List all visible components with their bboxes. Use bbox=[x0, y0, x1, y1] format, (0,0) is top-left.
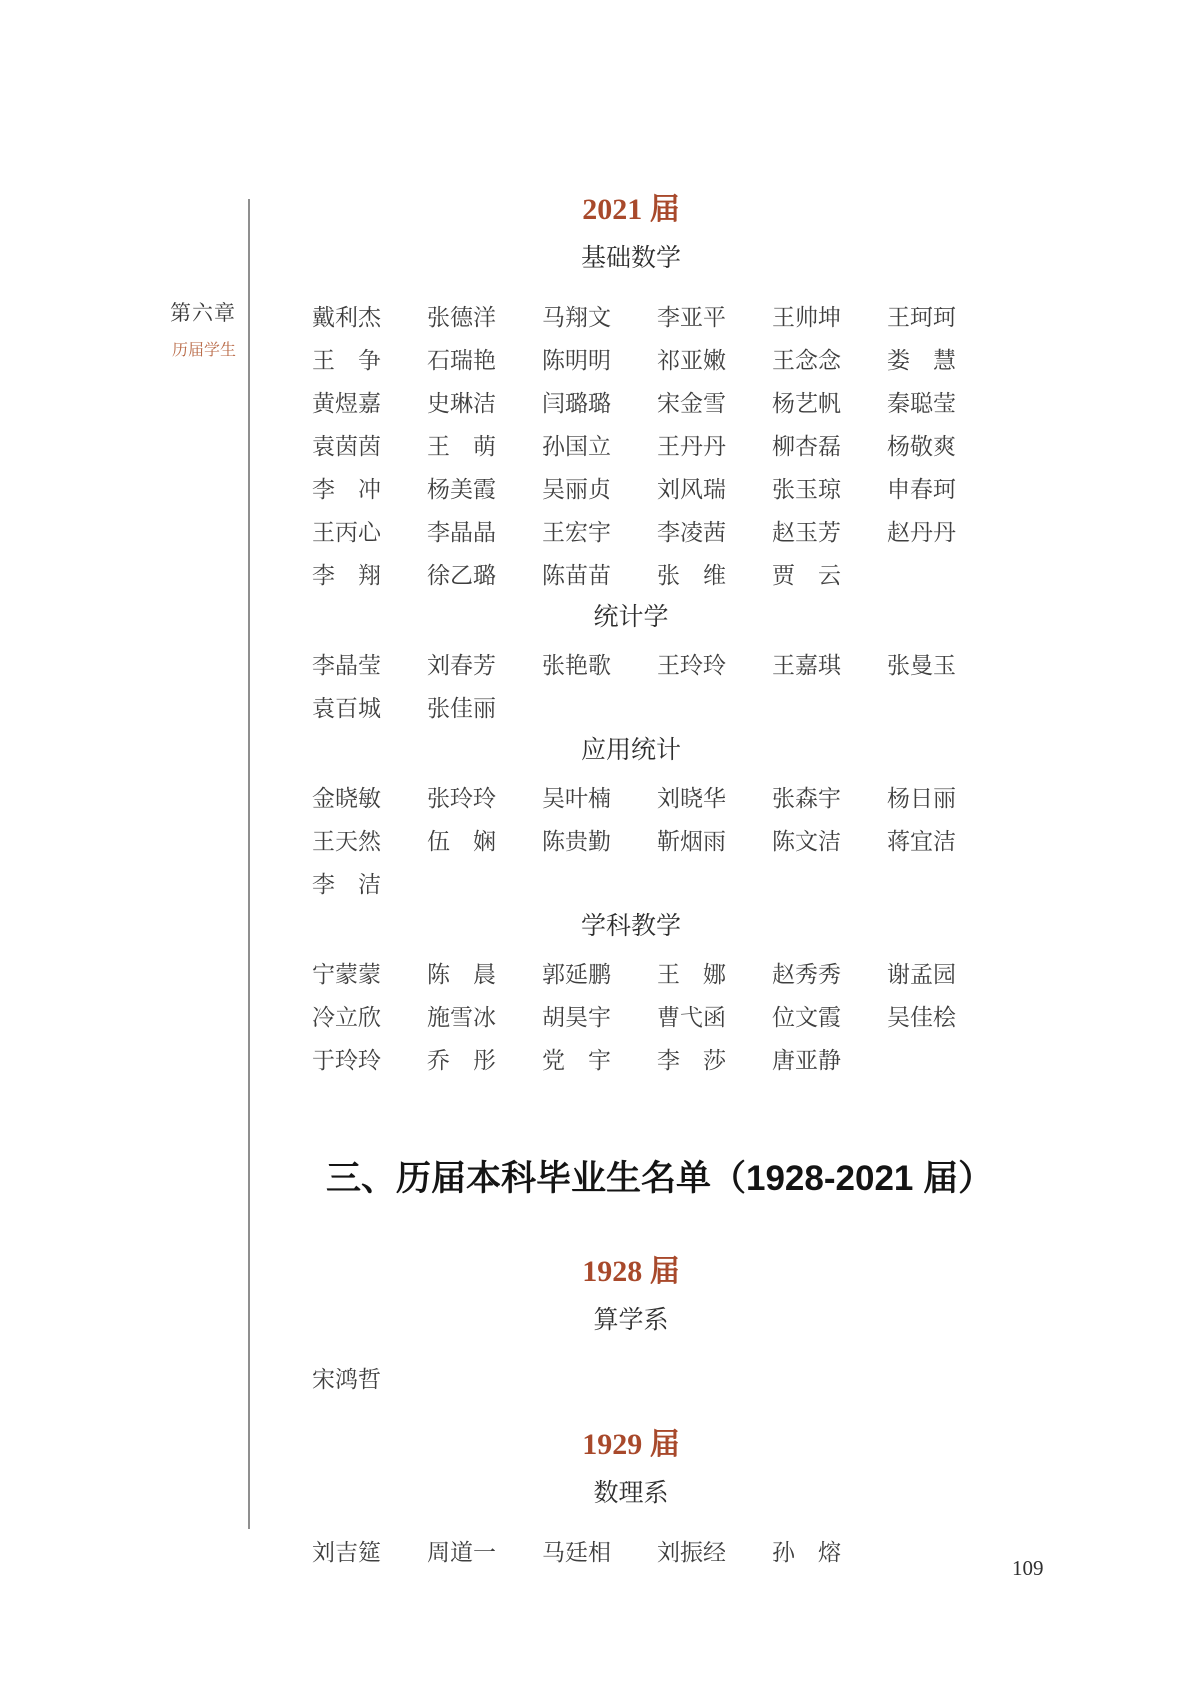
graduate-name: 张森宇 bbox=[772, 777, 841, 820]
undergrad-section-title: 三、历届本科毕业生名单（1928-2021 届） bbox=[326, 1154, 964, 1204]
department-group: 算学系宋鸿哲 bbox=[312, 1304, 950, 1401]
name-rows: 金晓敏张玲玲吴叶楠刘晓华张森宇杨日丽王天然伍 娴陈贵勤靳烟雨陈文洁蒋宜洁李 洁 bbox=[312, 777, 950, 906]
graduate-name: 吴丽贞 bbox=[542, 468, 611, 511]
graduate-name: 李 冲 bbox=[312, 468, 381, 511]
name-row: 黄煜嘉史琳洁闫璐璐宋金雪杨艺帆秦聪莹 bbox=[312, 382, 950, 425]
graduate-name: 史琳洁 bbox=[427, 382, 496, 425]
graduate-name: 徐乙璐 bbox=[427, 554, 496, 597]
year-heading: 1928 届 bbox=[312, 1252, 950, 1292]
graduate-name: 王 争 bbox=[312, 339, 381, 382]
graduate-name: 王念念 bbox=[772, 339, 841, 382]
graduate-name: 周道一 bbox=[427, 1531, 496, 1574]
graduate-name: 陈 晨 bbox=[427, 953, 496, 996]
graduate-name: 吴佳桧 bbox=[887, 996, 956, 1039]
graduate-name: 胡昊宇 bbox=[542, 996, 611, 1039]
graduate-name: 赵丹丹 bbox=[887, 511, 956, 554]
graduate-name: 杨美霞 bbox=[427, 468, 496, 511]
graduate-name: 伍 娴 bbox=[427, 820, 496, 863]
graduate-name: 李 洁 bbox=[312, 863, 381, 906]
graduate-name: 张 维 bbox=[657, 554, 726, 597]
name-row: 王天然伍 娴陈贵勤靳烟雨陈文洁蒋宜洁 bbox=[312, 820, 950, 863]
sidebar-chapter-label: 第六章 bbox=[130, 300, 236, 326]
name-row: 宋鸿哲 bbox=[312, 1358, 950, 1401]
graduate-name: 杨日丽 bbox=[887, 777, 956, 820]
graduate-name: 李亚平 bbox=[657, 296, 726, 339]
graduate-name: 陈苗苗 bbox=[542, 554, 611, 597]
graduate-name: 娄 慧 bbox=[887, 339, 956, 382]
program-heading: 统计学 bbox=[312, 601, 950, 635]
graduate-name: 李凌茜 bbox=[657, 511, 726, 554]
department-heading: 数理系 bbox=[312, 1477, 950, 1511]
name-row: 李 洁 bbox=[312, 863, 950, 906]
main-content: 2021 届基础数学戴利杰张德洋马翔文李亚平王帅坤王珂珂王 争石瑞艳陈明明祁亚嫩… bbox=[312, 0, 950, 1574]
name-row: 王丙心李晶晶王宏宇李凌茜赵玉芳赵丹丹 bbox=[312, 511, 950, 554]
graduate-name: 陈贵勤 bbox=[542, 820, 611, 863]
sidebar-chapter-subtitle: 历届学生 bbox=[130, 340, 236, 362]
masters-2021-section: 2021 届基础数学戴利杰张德洋马翔文李亚平王帅坤王珂珂王 争石瑞艳陈明明祁亚嫩… bbox=[312, 190, 950, 1082]
department-heading: 算学系 bbox=[312, 1304, 950, 1338]
graduate-name: 王 萌 bbox=[427, 425, 496, 468]
name-row: 宁蒙蒙陈 晨郭延鹏王 娜赵秀秀谢孟园 bbox=[312, 953, 950, 996]
graduate-name: 张曼玉 bbox=[887, 644, 956, 687]
year-block: 1928 届算学系宋鸿哲 bbox=[312, 1252, 950, 1401]
graduate-name: 冷立欣 bbox=[312, 996, 381, 1039]
graduate-name: 唐亚静 bbox=[772, 1039, 841, 1082]
graduate-name: 李 莎 bbox=[657, 1039, 726, 1082]
graduate-name: 王帅坤 bbox=[772, 296, 841, 339]
graduate-name: 宁蒙蒙 bbox=[312, 953, 381, 996]
graduate-name: 张艳歌 bbox=[542, 644, 611, 687]
program-group: 基础数学戴利杰张德洋马翔文李亚平王帅坤王珂珂王 争石瑞艳陈明明祁亚嫩王念念娄 慧… bbox=[312, 242, 950, 597]
graduate-name: 刘晓华 bbox=[657, 777, 726, 820]
graduate-name: 贾 云 bbox=[772, 554, 841, 597]
graduate-name: 陈文洁 bbox=[772, 820, 841, 863]
program-heading: 基础数学 bbox=[312, 242, 950, 276]
name-row: 王 争石瑞艳陈明明祁亚嫩王念念娄 慧 bbox=[312, 339, 950, 382]
name-row: 金晓敏张玲玲吴叶楠刘晓华张森宇杨日丽 bbox=[312, 777, 950, 820]
graduate-name: 赵玉芳 bbox=[772, 511, 841, 554]
name-row: 袁茵茵王 萌孙国立王丹丹柳杏磊杨敬爽 bbox=[312, 425, 950, 468]
program-group: 统计学李晶莹刘春芳张艳歌王玲玲王嘉琪张曼玉袁百城张佳丽 bbox=[312, 601, 950, 730]
graduate-name: 张佳丽 bbox=[427, 687, 496, 730]
graduate-name: 袁茵茵 bbox=[312, 425, 381, 468]
name-rows: 宋鸿哲 bbox=[312, 1358, 950, 1401]
graduate-name: 王宏宇 bbox=[542, 511, 611, 554]
graduate-name: 戴利杰 bbox=[312, 296, 381, 339]
graduate-name: 乔 彤 bbox=[427, 1039, 496, 1082]
graduate-name: 陈明明 bbox=[542, 339, 611, 382]
graduate-name: 申春珂 bbox=[887, 468, 956, 511]
graduate-name: 王丙心 bbox=[312, 511, 381, 554]
name-rows: 宁蒙蒙陈 晨郭延鹏王 娜赵秀秀谢孟园冷立欣施雪冰胡昊宇曹弋函位文霞吴佳桧于玲玲乔… bbox=[312, 953, 950, 1082]
graduate-name: 吴叶楠 bbox=[542, 777, 611, 820]
graduate-name: 刘风瑞 bbox=[657, 468, 726, 511]
name-row: 冷立欣施雪冰胡昊宇曹弋函位文霞吴佳桧 bbox=[312, 996, 950, 1039]
graduate-name: 李晶晶 bbox=[427, 511, 496, 554]
name-row: 刘吉筵周道一马廷相刘振经孙 熔 bbox=[312, 1531, 950, 1574]
graduate-name: 闫璐璐 bbox=[542, 382, 611, 425]
program-group: 应用统计金晓敏张玲玲吴叶楠刘晓华张森宇杨日丽王天然伍 娴陈贵勤靳烟雨陈文洁蒋宜洁… bbox=[312, 734, 950, 906]
graduate-name: 王嘉琪 bbox=[772, 644, 841, 687]
name-rows: 李晶莹刘春芳张艳歌王玲玲王嘉琪张曼玉袁百城张佳丽 bbox=[312, 644, 950, 730]
graduate-name: 张玲玲 bbox=[427, 777, 496, 820]
graduate-name: 柳杏磊 bbox=[772, 425, 841, 468]
graduate-name: 祁亚嫩 bbox=[657, 339, 726, 382]
graduate-name: 刘振经 bbox=[657, 1531, 726, 1574]
graduate-name: 王丹丹 bbox=[657, 425, 726, 468]
department-group: 数理系刘吉筵周道一马廷相刘振经孙 熔 bbox=[312, 1477, 950, 1574]
graduate-name: 郭延鹏 bbox=[542, 953, 611, 996]
graduate-name: 宋鸿哲 bbox=[312, 1358, 381, 1401]
graduate-name: 靳烟雨 bbox=[657, 820, 726, 863]
program-heading: 学科教学 bbox=[312, 910, 950, 944]
graduate-name: 刘吉筵 bbox=[312, 1531, 381, 1574]
graduate-name: 位文霞 bbox=[772, 996, 841, 1039]
graduate-name: 谢孟园 bbox=[887, 953, 956, 996]
name-row: 李 翔徐乙璐陈苗苗张 维贾 云 bbox=[312, 554, 950, 597]
program-group: 学科教学宁蒙蒙陈 晨郭延鹏王 娜赵秀秀谢孟园冷立欣施雪冰胡昊宇曹弋函位文霞吴佳桧… bbox=[312, 910, 950, 1082]
graduate-name: 李 翔 bbox=[312, 554, 381, 597]
year-heading: 1929 届 bbox=[312, 1425, 950, 1465]
graduate-name: 张玉琼 bbox=[772, 468, 841, 511]
graduate-name: 李晶莹 bbox=[312, 644, 381, 687]
name-row: 戴利杰张德洋马翔文李亚平王帅坤王珂珂 bbox=[312, 296, 950, 339]
graduate-name: 蒋宜洁 bbox=[887, 820, 956, 863]
graduate-name: 王 娜 bbox=[657, 953, 726, 996]
graduate-name: 王天然 bbox=[312, 820, 381, 863]
graduate-name: 金晓敏 bbox=[312, 777, 381, 820]
graduate-name: 马廷相 bbox=[542, 1531, 611, 1574]
year-block: 1929 届数理系刘吉筵周道一马廷相刘振经孙 熔 bbox=[312, 1425, 950, 1574]
graduate-name: 于玲玲 bbox=[312, 1039, 381, 1082]
graduate-name: 王玲玲 bbox=[657, 644, 726, 687]
graduate-name: 杨艺帆 bbox=[772, 382, 841, 425]
name-rows: 戴利杰张德洋马翔文李亚平王帅坤王珂珂王 争石瑞艳陈明明祁亚嫩王念念娄 慧黄煜嘉史… bbox=[312, 296, 950, 597]
undergrad-years-section: 1928 届算学系宋鸿哲1929 届数理系刘吉筵周道一马廷相刘振经孙 熔 bbox=[312, 1252, 950, 1574]
graduate-name: 曹弋函 bbox=[657, 996, 726, 1039]
graduate-name: 刘春芳 bbox=[427, 644, 496, 687]
name-row: 李晶莹刘春芳张艳歌王玲玲王嘉琪张曼玉 bbox=[312, 644, 950, 687]
graduate-name: 孙国立 bbox=[542, 425, 611, 468]
graduate-name: 秦聪莹 bbox=[887, 382, 956, 425]
graduate-name: 马翔文 bbox=[542, 296, 611, 339]
graduate-name: 施雪冰 bbox=[427, 996, 496, 1039]
graduate-name: 袁百城 bbox=[312, 687, 381, 730]
graduate-name: 党 宇 bbox=[542, 1039, 611, 1082]
graduate-name: 张德洋 bbox=[427, 296, 496, 339]
graduate-name: 孙 熔 bbox=[772, 1531, 841, 1574]
graduate-name: 杨敬爽 bbox=[887, 425, 956, 468]
page-number: 109 bbox=[1012, 1556, 1044, 1581]
name-row: 于玲玲乔 彤党 宇李 莎唐亚静 bbox=[312, 1039, 950, 1082]
name-rows: 刘吉筵周道一马廷相刘振经孙 熔 bbox=[312, 1531, 950, 1574]
graduate-name: 王珂珂 bbox=[887, 296, 956, 339]
program-heading: 应用统计 bbox=[312, 734, 950, 768]
name-row: 袁百城张佳丽 bbox=[312, 687, 950, 730]
graduate-name: 黄煜嘉 bbox=[312, 382, 381, 425]
graduate-name: 赵秀秀 bbox=[772, 953, 841, 996]
graduate-name: 宋金雪 bbox=[657, 382, 726, 425]
year-heading: 2021 届 bbox=[312, 190, 950, 230]
name-row: 李 冲杨美霞吴丽贞刘风瑞张玉琼申春珂 bbox=[312, 468, 950, 511]
graduate-name: 石瑞艳 bbox=[427, 339, 496, 382]
chapter-vertical-rule bbox=[248, 199, 250, 1529]
